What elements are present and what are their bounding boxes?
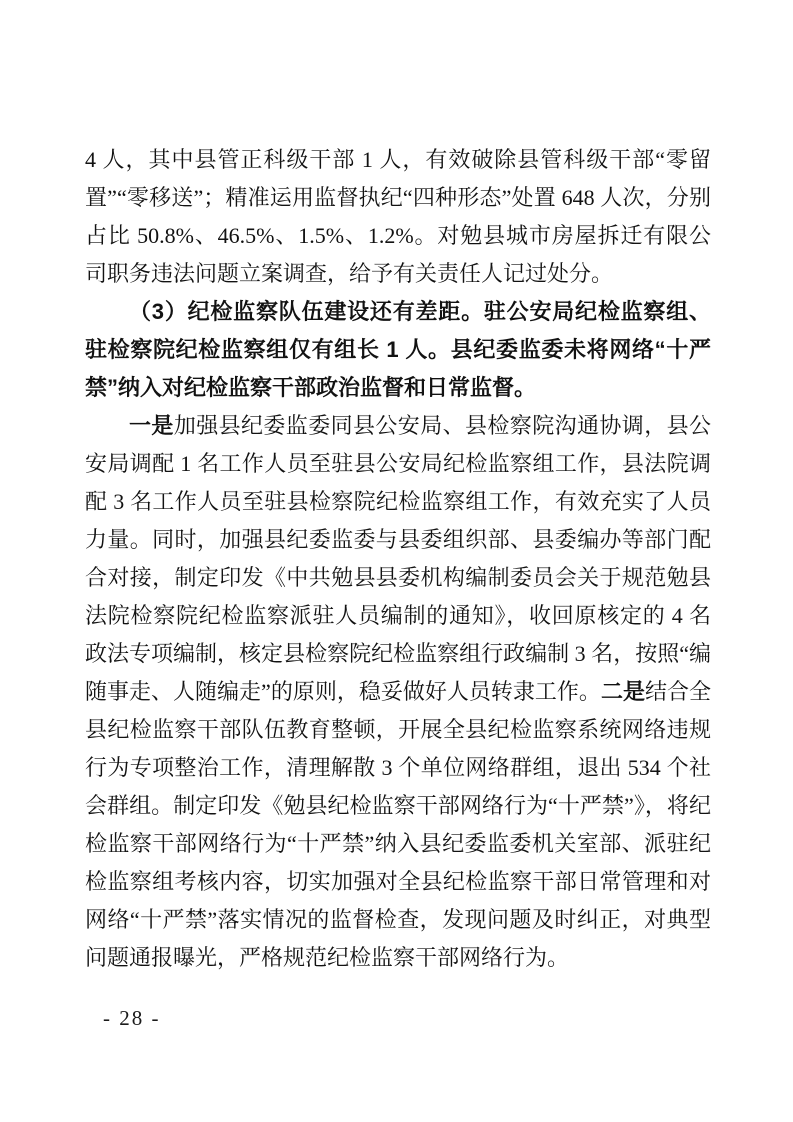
lead-in-second: 二是 <box>601 679 645 704</box>
page-number: - 28 - <box>103 1003 161 1033</box>
paragraph-continuation: 4 人，其中县管正科级干部 1 人，有效破除县管科级干部“零留置”“零移送”；精… <box>85 141 711 293</box>
lead-in-first: 一是 <box>129 413 174 438</box>
paragraph-text: 加强县纪委监委同县公安局、县检察院沟通协调，县公安局调配 1 名工作人员至驻县公… <box>85 413 711 704</box>
document-page: 4 人，其中县管正科级干部 1 人，有效破除县管科级干部“零留置”“零移送”；精… <box>0 0 793 1122</box>
paragraph-heading-3: （3）纪检监察队伍建设还有差距。驻公安局纪检监察组、驻检察院纪检监察组仅有组长 … <box>85 293 711 407</box>
paragraph-heading-text: （3）纪检监察队伍建设还有差距。驻公安局纪检监察组、驻检察院纪检监察组仅有组长 … <box>85 299 711 400</box>
paragraph-measures: 一是加强县纪委监委同县公安局、县检察院沟通协调，县公安局调配 1 名工作人员至驻… <box>85 407 711 977</box>
paragraph-text: 结合全县纪检监察干部队伍教育整顿，开展全县纪检监察系统网络违规行为专项整治工作，… <box>85 679 711 970</box>
document-body: 4 人，其中县管正科级干部 1 人，有效破除县管科级干部“零留置”“零移送”；精… <box>85 141 711 977</box>
paragraph-text: 4 人，其中县管正科级干部 1 人，有效破除县管科级干部“零留置”“零移送”；精… <box>85 147 711 286</box>
